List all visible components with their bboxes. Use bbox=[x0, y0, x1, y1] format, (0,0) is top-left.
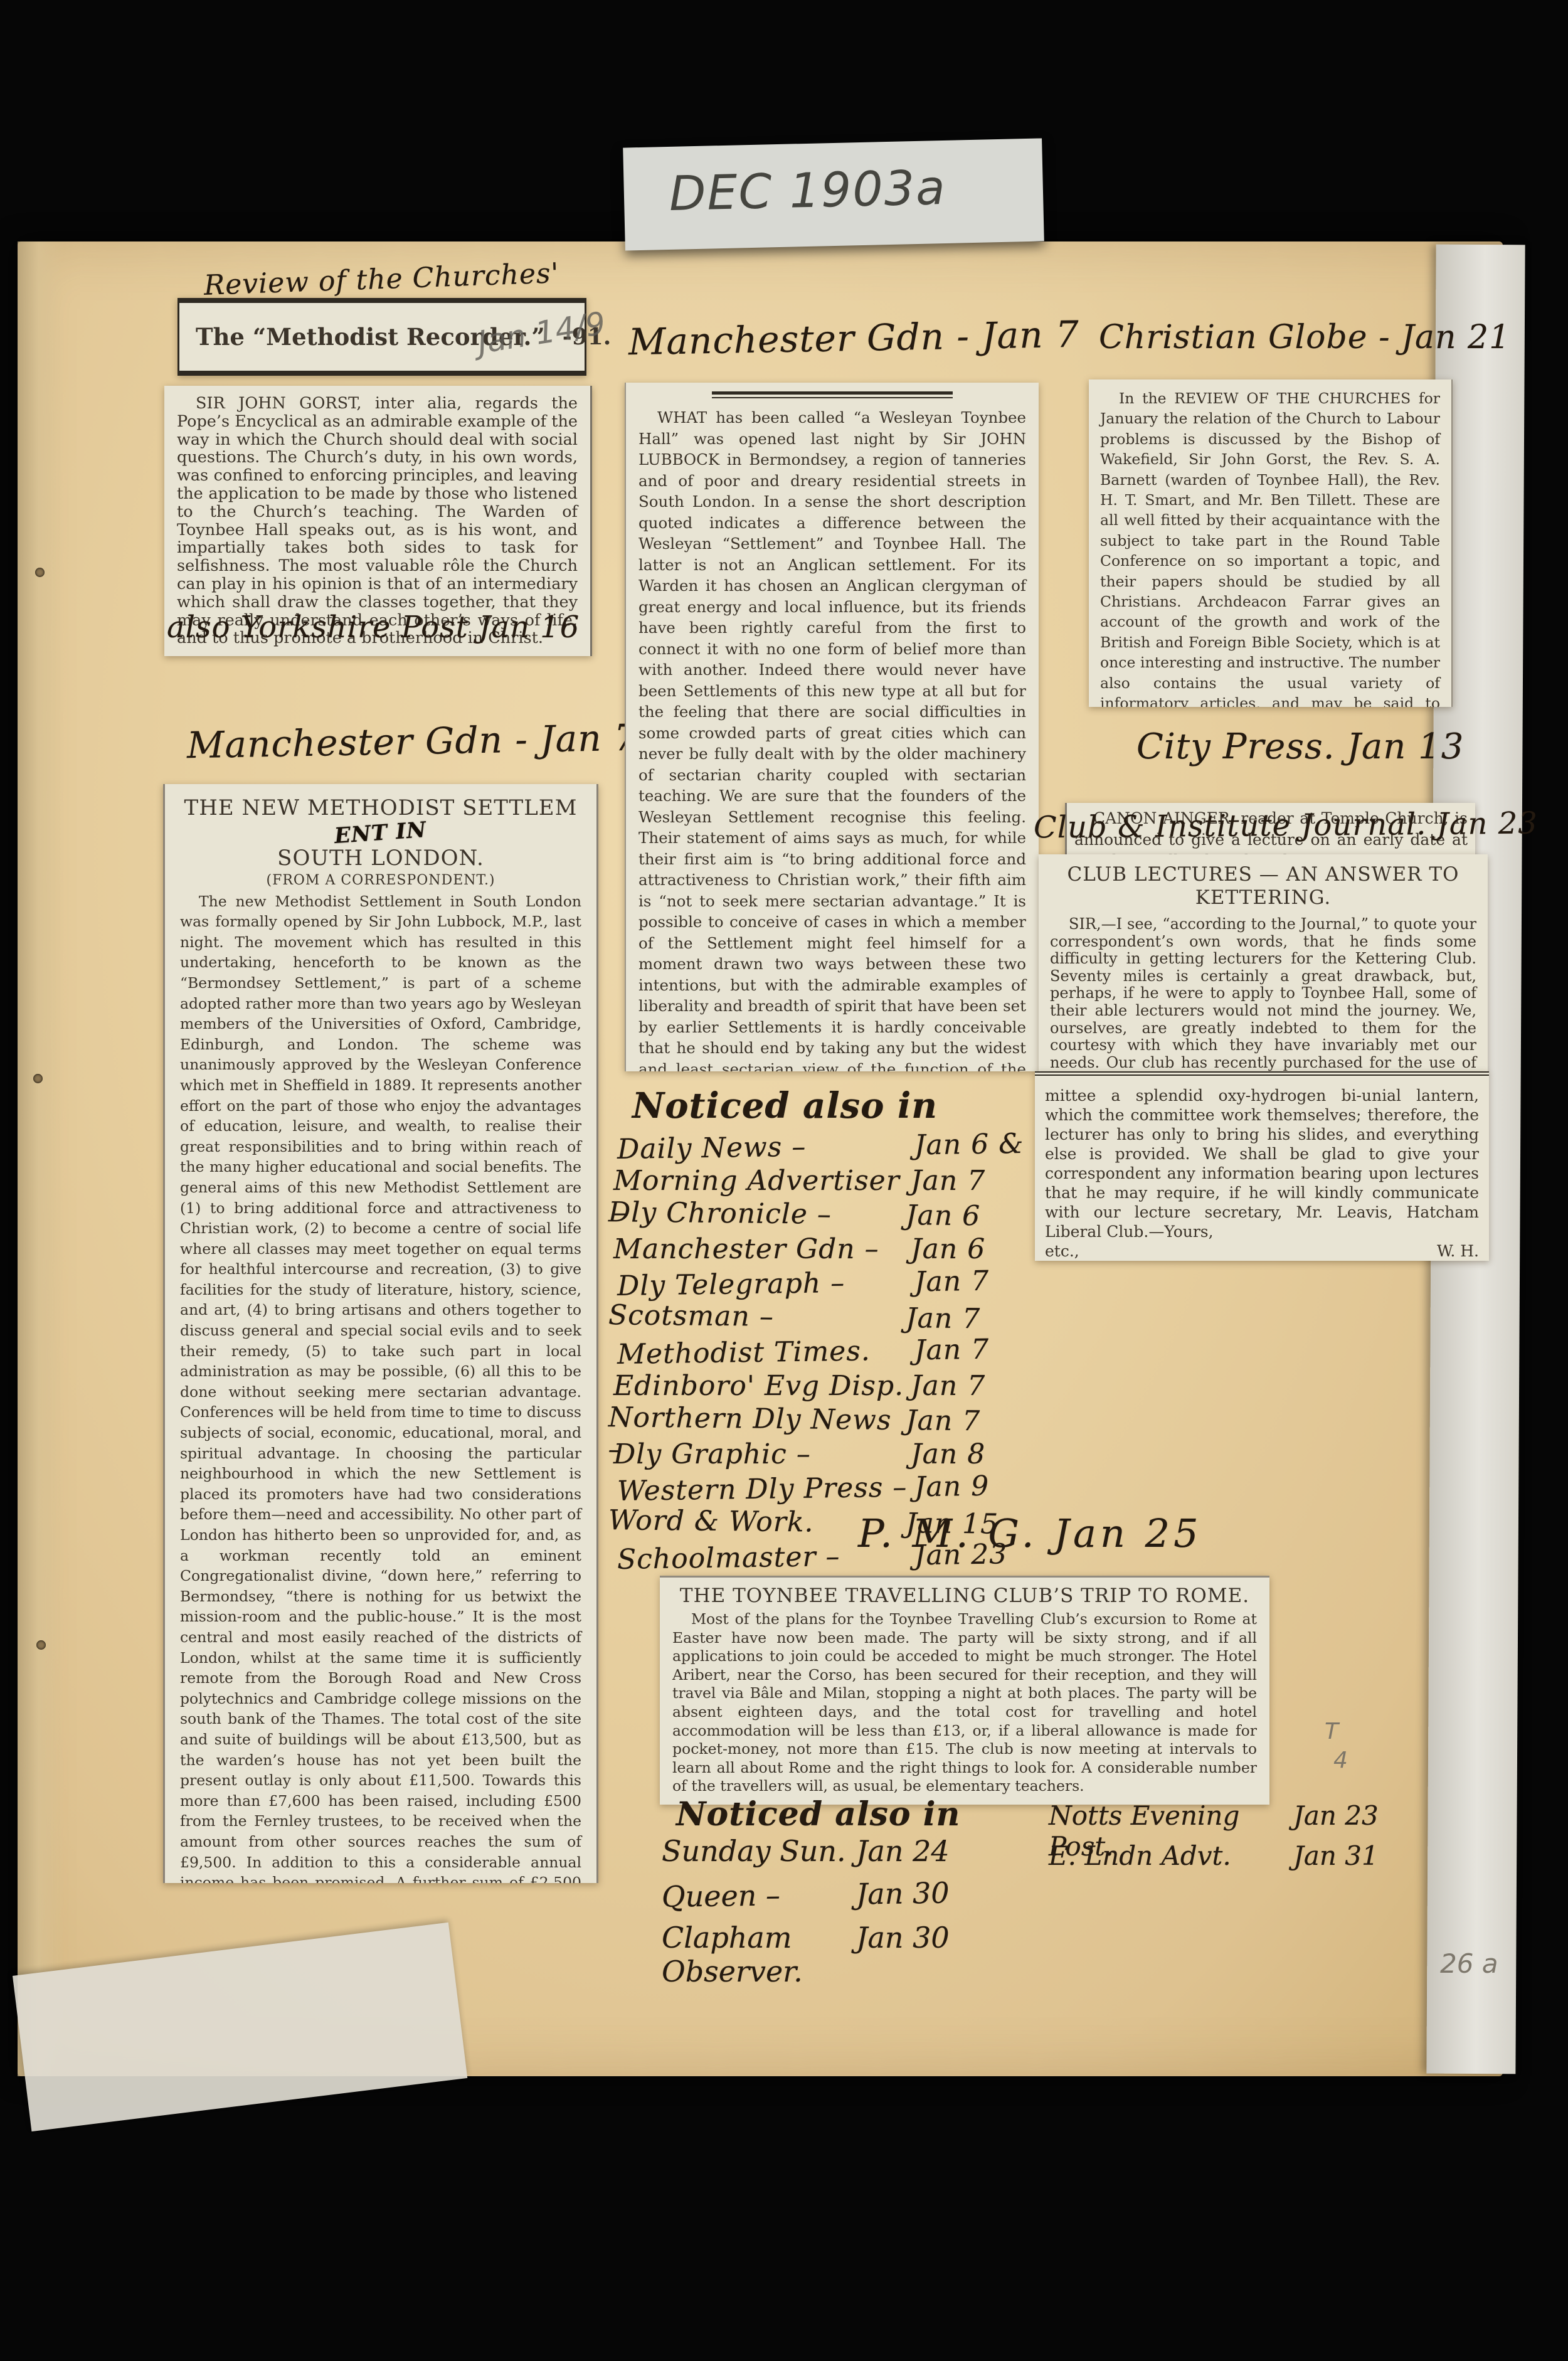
christian-globe-clipping: In the REVIEW OF THE CHURCHES for Januar… bbox=[1089, 379, 1453, 707]
paper-date: Jan 7 bbox=[914, 1264, 1072, 1298]
binding-hole bbox=[33, 1074, 43, 1083]
annotation-noticed-also-mid: Noticed also in bbox=[632, 1085, 938, 1127]
annotation-manchester-gdn-mid: Manchester Gdn - Jan 7 bbox=[628, 313, 1079, 364]
paper-date: Jan 9 bbox=[914, 1469, 1072, 1503]
paper-date: Jan 7 bbox=[906, 1302, 1063, 1336]
annotation-noticed-also-bottom: Noticed also in bbox=[676, 1795, 960, 1833]
paper-date: Jan 7 bbox=[914, 1332, 1072, 1366]
noticed-entry: Methodist Times.Jan 7 bbox=[617, 1332, 1072, 1373]
paper-name: Daily News – bbox=[617, 1129, 915, 1165]
club-lectures-headline-line1: CLUB LECTURES — AN ANSWER TO bbox=[1050, 863, 1476, 886]
paper-date: Jan 30 bbox=[856, 1921, 1013, 1955]
christian-globe-body: In the REVIEW OF THE CHURCHES for Januar… bbox=[1100, 388, 1440, 707]
paper-name: Sunday Sun. bbox=[662, 1834, 856, 1868]
noticed-entry: Daily News –Jan 6 & 11 bbox=[617, 1127, 1072, 1168]
club-lectures-signature-row: etc.,W. H. bbox=[1045, 1241, 1479, 1261]
noticed-entry: Clapham Observer.Jan 30 bbox=[662, 1921, 1013, 1964]
noticed-list-mid: Daily News –Jan 6 & 11 Morning Advertise… bbox=[613, 1130, 1067, 1575]
annotation-club-institute-journal: Club & Institute Journal. Jan 23 bbox=[1034, 805, 1538, 845]
paper-name: Edinboro' Evg Disp. bbox=[613, 1370, 911, 1402]
paper-name: Western Dly Press – bbox=[617, 1471, 915, 1507]
wesleyan-toynbee-clipping: WHAT has been called “a Wesleyan Toynbee… bbox=[625, 383, 1039, 1071]
paper-name: Methodist Times. bbox=[617, 1334, 915, 1371]
date-card: DEC 1903a bbox=[623, 138, 1044, 250]
noticed-list-bottom-right: Notts Evening Post.Jan 23 E. Lndn Advt.J… bbox=[1049, 1800, 1450, 1881]
headline-rule bbox=[712, 391, 952, 398]
noticed-entry: E. Lndn Advt.Jan 31 bbox=[1049, 1840, 1450, 1881]
paper-date: Jan 31 bbox=[1293, 1840, 1450, 1871]
noticed-list-bottom-left: Sunday Sun.Jan 24 Queen –Jan 30 Clapham … bbox=[662, 1834, 1013, 1964]
pmg-rome-clipping: THE TOYNBEE TRAVELLING CLUB’S TRIP TO RO… bbox=[660, 1576, 1269, 1805]
annotation-manchester-gdn-left: Manchester Gdn - Jan 7 bbox=[186, 716, 638, 767]
pmg-body: Most of the plans for the Toynbee Travel… bbox=[672, 1610, 1257, 1796]
annotation-pmg: P. M. G. Jan 25 bbox=[858, 1510, 1202, 1556]
paper-name: Queen – bbox=[662, 1877, 857, 1914]
paper-name: Manchester Gdn – bbox=[613, 1233, 911, 1265]
settlement-headline: THE NEW METHODIST SETTLEMENT IN bbox=[180, 795, 581, 846]
scrapbook-photo: DEC 1903a Review of the Churches' The “M… bbox=[0, 0, 1568, 2361]
settlement-headline-line2: SOUTH LONDON. bbox=[180, 846, 581, 871]
settlement-body: The new Methodist Settlement in South Lo… bbox=[180, 891, 581, 1883]
noticed-entry: Edinboro' Evg Disp.Jan 7 bbox=[613, 1370, 1067, 1404]
noticed-entry: Dly Chronicle –Jan 6 bbox=[608, 1196, 1063, 1235]
noticed-entry: Morning Advertiser –Jan 7 bbox=[613, 1165, 1067, 1199]
noticed-entry: Dly Telegraph –Jan 7 bbox=[617, 1264, 1072, 1305]
paper-name: Dly Chronicle – bbox=[608, 1196, 906, 1231]
paper-name: E. Lndn Advt. bbox=[1049, 1840, 1293, 1871]
paper-date: Jan 8 bbox=[911, 1438, 1067, 1470]
club-lectures-body-part1: SIR,—I see, “according to the Journal,” … bbox=[1050, 916, 1476, 1073]
noticed-entry: Western Dly Press –Jan 9 bbox=[617, 1469, 1072, 1510]
paper-name: Scotsman – bbox=[608, 1299, 906, 1334]
club-lectures-body-part2: mittee a splendid oxy-hydrogen bi-unial … bbox=[1045, 1086, 1479, 1241]
annotation-christian-globe: Christian Globe - Jan 21 bbox=[1099, 319, 1510, 356]
binding-hole bbox=[36, 1640, 46, 1650]
settlement-headline-ink-correction: ENT IN bbox=[334, 817, 428, 849]
paper-date: Jan 30 bbox=[856, 1875, 1014, 1911]
noticed-entry: Scotsman –Jan 7 bbox=[608, 1299, 1063, 1338]
noticed-entry: Queen –Jan 30 bbox=[662, 1875, 1014, 1923]
paper-date: Jan 24 bbox=[856, 1834, 1013, 1868]
letter-signature: W. H. bbox=[1437, 1241, 1479, 1261]
club-lectures-headline-line2: KETTERING. bbox=[1050, 886, 1476, 910]
paper-date: Jan 23 bbox=[1293, 1800, 1450, 1831]
club-lectures-clipping-part1: CLUB LECTURES — AN ANSWER TO KETTERING. … bbox=[1039, 854, 1488, 1073]
pencil-mark-page-number: 26 a bbox=[1440, 1948, 1498, 1979]
annotation-also-yorkshire-post: also Yorkshire Post Jan 16 bbox=[167, 610, 580, 645]
letter-closing: etc., bbox=[1045, 1241, 1079, 1261]
date-card-label: DEC 1903a bbox=[623, 138, 1044, 222]
pencil-mark-edge-bottom: 4 bbox=[1333, 1748, 1348, 1773]
settlement-headline-print: THE NEW METHODIST SETTLEM bbox=[184, 795, 578, 820]
paper-date: Jan 7 bbox=[911, 1370, 1067, 1402]
noticed-entry: Sunday Sun.Jan 24 bbox=[662, 1834, 1013, 1877]
noticed-entry: Notts Evening Post.Jan 23 bbox=[1049, 1800, 1450, 1840]
settlement-article-clipping: THE NEW METHODIST SETTLEMENT IN SOUTH LO… bbox=[163, 784, 598, 1883]
page-stack-edge bbox=[18, 241, 64, 2076]
paper-name: Dly Telegraph – bbox=[617, 1266, 915, 1302]
paper-name: Northern Dly News – bbox=[608, 1401, 906, 1468]
paper-name: Clapham Observer. bbox=[662, 1921, 856, 1988]
settlement-byline: (FROM A CORRESPONDENT.) bbox=[180, 871, 581, 891]
noticed-entry: Northern Dly News –Jan 7 bbox=[608, 1401, 1063, 1440]
wesleyan-body: WHAT has been called “a Wesleyan Toynbee… bbox=[638, 407, 1026, 1071]
noticed-entry: Manchester Gdn –Jan 6 bbox=[613, 1233, 1067, 1268]
binding-hole bbox=[35, 568, 45, 577]
pmg-headline: THE TOYNBEE TRAVELLING CLUB’S TRIP TO RO… bbox=[672, 1584, 1257, 1608]
paper-date: Jan 7 bbox=[906, 1404, 1063, 1438]
pencil-mark-edge-top: T bbox=[1325, 1719, 1338, 1744]
annotation-city-press: City Press. Jan 13 bbox=[1136, 726, 1464, 767]
club-lectures-clipping-part2: mittee a splendid oxy-hydrogen bi-unial … bbox=[1035, 1071, 1489, 1261]
